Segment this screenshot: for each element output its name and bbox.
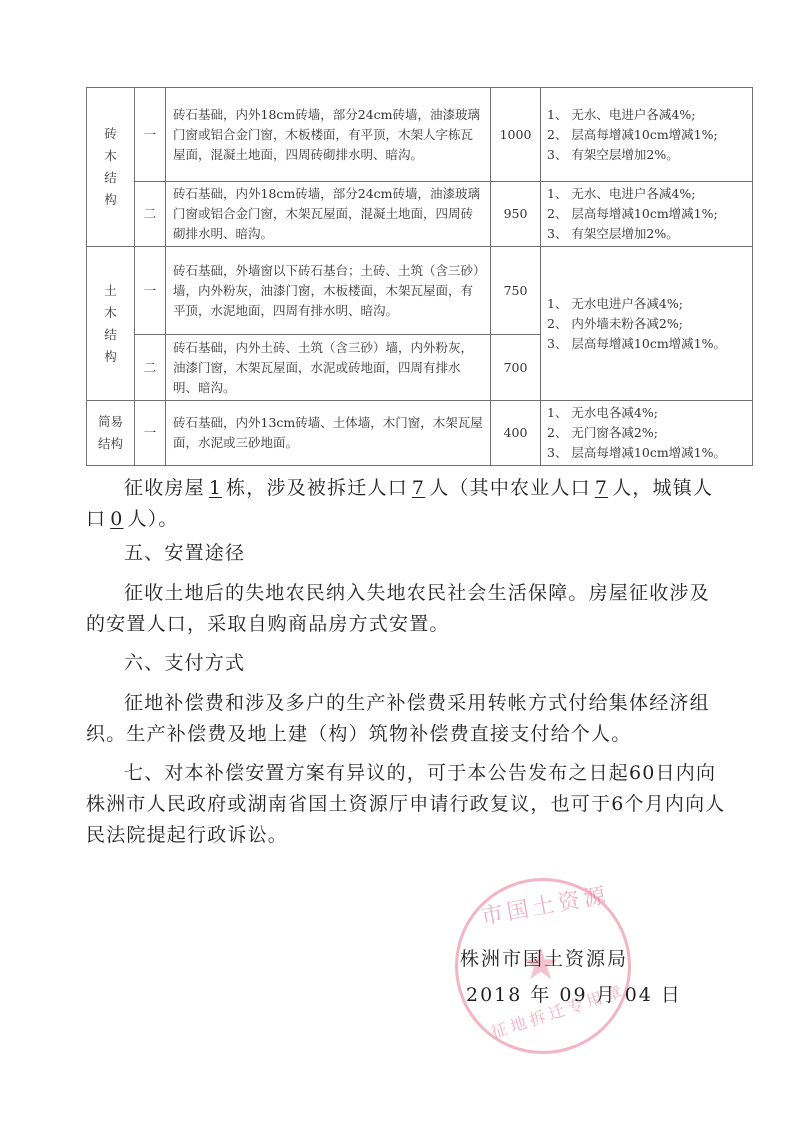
notes-cell: 1、 无水电各减4%; 2、 无门窗各减2%; 3、 层高每增减10cm增减1%… <box>541 401 753 466</box>
issuing-organization: 株洲市国土资源局 <box>460 944 628 971</box>
price-cell: 950 <box>491 182 541 247</box>
section-5-body: 征收土地后的失地农民纳入失地农民社会生活保障。房屋征收涉及的安置人口，采取自购商… <box>86 578 726 640</box>
notes-cell: 1、 无水、电进户各减4%; 2、 层高每增减10cm增减1%; 3、 有架空层… <box>541 182 753 247</box>
grade-cell: 二 <box>135 182 166 247</box>
structure-type-label: 简易结构 <box>97 411 125 455</box>
table-row: 简易结构 一 砖石基础，内外13cm砖墙、土体墙，木门窗，木架瓦屋面，水泥或三砂… <box>87 401 753 466</box>
note-line: 3、 有架空层增加2%。 <box>547 224 746 244</box>
grade-cell: 一 <box>135 401 166 466</box>
housing-summary-paragraph: 征收房屋1栋，涉及被拆迁人口7人（其中农业人口7人，城镇人口0人）。 <box>86 473 726 535</box>
price-cell: 750 <box>491 247 541 335</box>
section-5-heading: 五、安置途径 <box>86 538 726 569</box>
urban-population: 0 <box>106 508 127 530</box>
text-segment: 征收房屋 <box>124 477 205 499</box>
note-line: 2、 层高每增减10cm增减1%; <box>547 125 746 145</box>
description-cell: 砖石基础，内外13cm砖墙、土体墙，木门窗，木架瓦屋面，水泥或三砂地面。 <box>166 401 491 466</box>
text-segment: 人（其中农业人口 <box>429 477 591 499</box>
price-cell: 1000 <box>491 88 541 182</box>
note-line: 3、 有架空层增加2%。 <box>547 145 746 165</box>
note-line: 3、 层高每增减10cm增减1%。 <box>547 334 746 354</box>
section-6-body: 征地补偿费和涉及多户的生产补偿费采用转帐方式付给集体经济组织。生产补偿费及地上建… <box>86 688 726 750</box>
seal-top-text: 市国土资源 <box>478 878 611 931</box>
grade-cell: 二 <box>135 335 166 401</box>
text-segment: 栋，涉及被拆迁人口 <box>226 477 408 499</box>
note-line: 1、 无水电各减4%; <box>547 403 746 423</box>
price-cell: 700 <box>491 335 541 401</box>
house-count: 1 <box>205 477 226 499</box>
notes-cell: 1、 无水、电进户各减4%; 2、 层高每增减10cm增减1%; 3、 有架空层… <box>541 88 753 182</box>
table-row: 砖木结构 一 砖石基础，内外18cm砖墙，部分24cm砖墙，油漆玻璃门窗或铝合金… <box>87 88 753 182</box>
table-row: 土木结构 一 砖石基础，外墙窗以下砖石基台；土砖、土筑（含三砂）墙，内外粉灰，油… <box>87 247 753 335</box>
relocated-population: 7 <box>408 477 429 499</box>
description-cell: 砖石基础，外墙窗以下砖石基台；土砖、土筑（含三砂）墙，内外粉灰，油漆门窗，木板楼… <box>166 247 491 335</box>
structure-type-label: 砖木结构 <box>104 123 118 211</box>
text-segment: 人）。 <box>128 508 179 530</box>
note-line: 1、 无水、电进户各减4%; <box>547 184 746 204</box>
grade-cell: 一 <box>135 88 166 182</box>
notes-cell: 1、 无水电进户各减4%; 2、 内外墙未粉各减2%; 3、 层高每增减10cm… <box>541 247 753 401</box>
issue-date: 2018 年 09 月 04 日 <box>466 980 682 1007</box>
structure-type-cell: 砖木结构 <box>87 88 135 247</box>
compensation-standard-table: 砖木结构 一 砖石基础，内外18cm砖墙，部分24cm砖墙，油漆玻璃门窗或铝合金… <box>86 87 753 466</box>
note-line: 2、 层高每增减10cm增减1%; <box>547 204 746 224</box>
structure-type-label: 土木结构 <box>104 280 118 368</box>
note-line: 1、 无水电进户各减4%; <box>547 294 746 314</box>
description-cell: 砖石基础，内外土砖、土筑（含三砂）墙，内外粉灰，油漆门窗，木架瓦屋面，水泥或砖地… <box>166 335 491 401</box>
note-line: 2、 内外墙未粉各减2%; <box>547 314 746 334</box>
description-cell: 砖石基础，内外18cm砖墙，部分24cm砖墙，油漆玻璃门窗或铝合金门窗，木板楼面… <box>166 88 491 182</box>
structure-type-cell: 简易结构 <box>87 401 135 466</box>
price-cell: 400 <box>491 401 541 466</box>
grade-cell: 一 <box>135 247 166 335</box>
table-row: 二 砖石基础，内外18cm砖墙，部分24cm砖墙，油漆玻璃门窗或铝合金门窗，木架… <box>87 182 753 247</box>
structure-type-cell: 土木结构 <box>87 247 135 401</box>
description-cell: 砖石基础，内外18cm砖墙，部分24cm砖墙，油漆玻璃门窗或铝合金门窗，木架瓦屋… <box>166 182 491 247</box>
note-line: 2、 无门窗各减2%; <box>547 423 746 443</box>
section-7-body: 七、对本补偿安置方案有异议的，可于本公告发布之日起60日内向株洲市人民政府或湖南… <box>86 758 726 851</box>
agricultural-population: 7 <box>591 477 612 499</box>
note-line: 3、 层高每增减10cm增减1%。 <box>547 443 746 463</box>
section-6-heading: 六、支付方式 <box>86 648 726 679</box>
note-line: 1、 无水、电进户各减4%; <box>547 105 746 125</box>
